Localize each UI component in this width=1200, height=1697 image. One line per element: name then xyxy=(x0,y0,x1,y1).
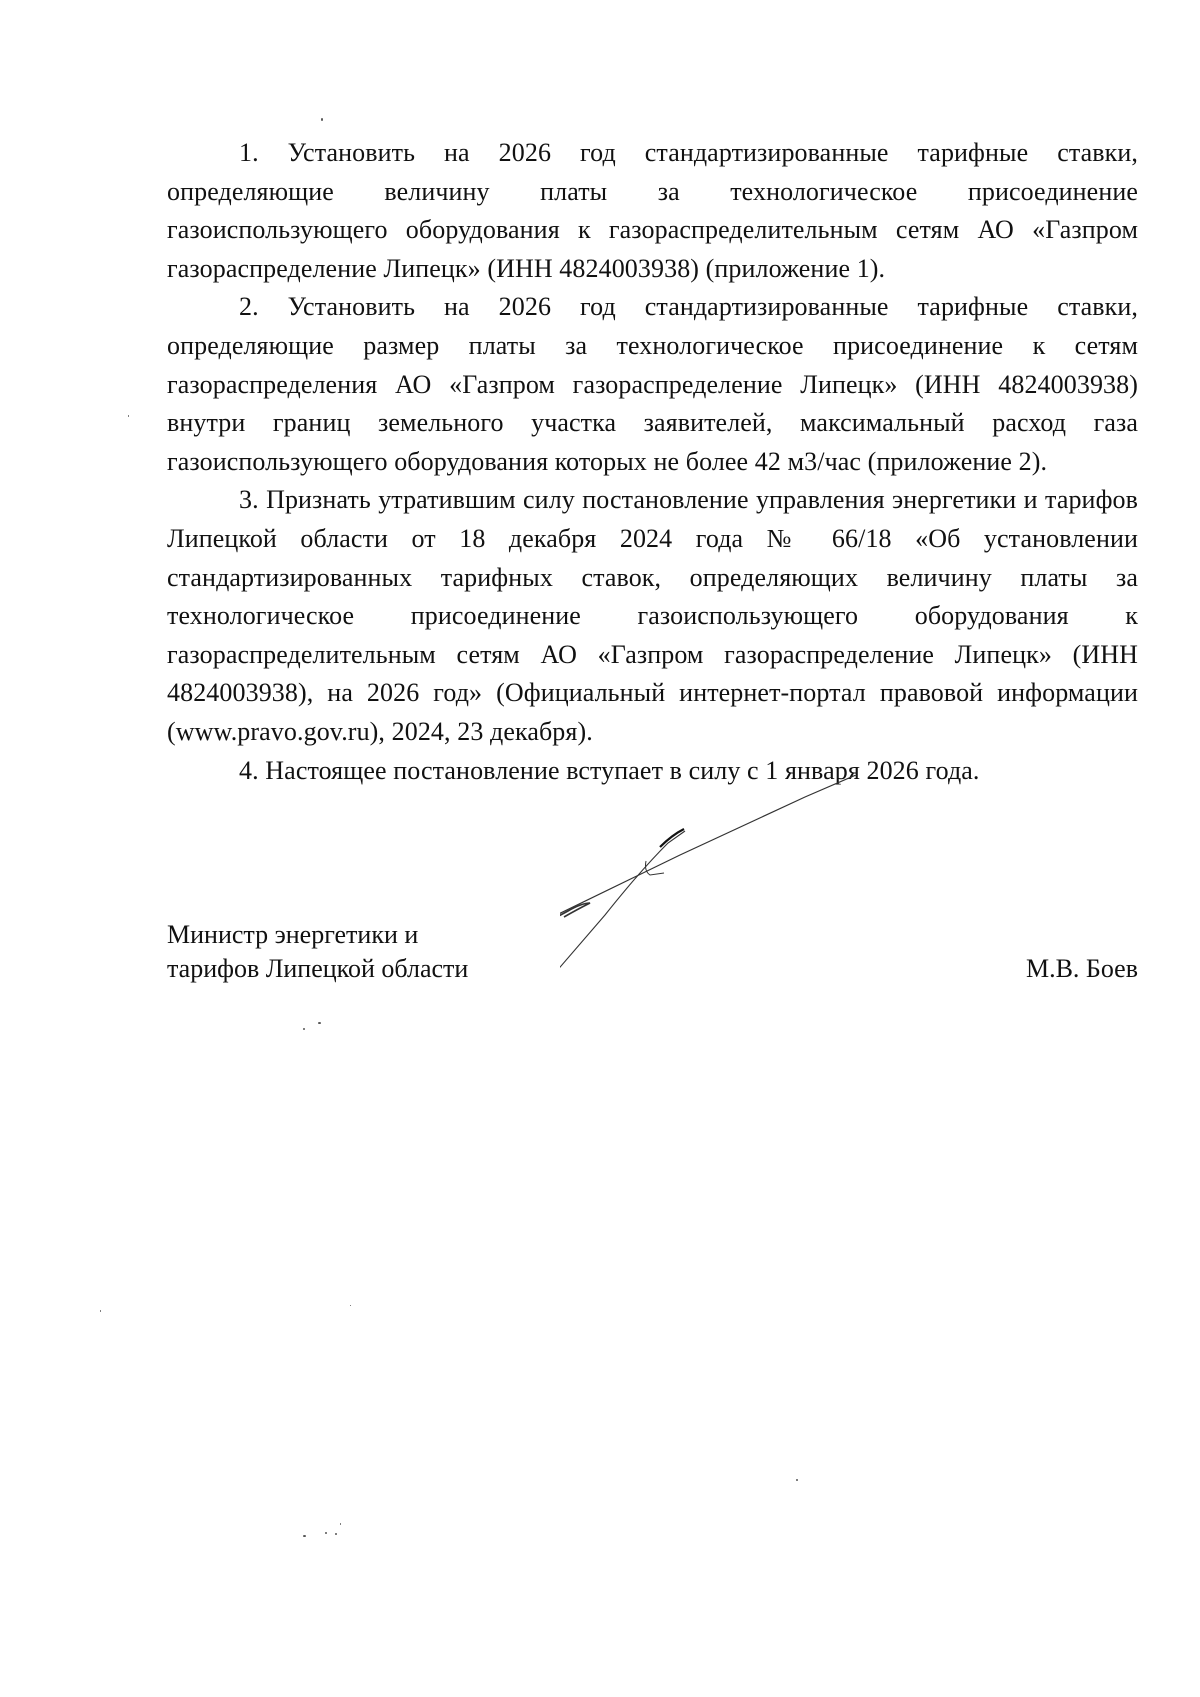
scan-artifact xyxy=(321,118,323,121)
scan-artifact xyxy=(340,1523,341,1525)
handwritten-signature-icon xyxy=(560,775,1060,1055)
scan-artifact xyxy=(128,415,129,417)
scan-artifact xyxy=(100,1310,101,1312)
document-body: 1. Установить на 2026 год стандартизиров… xyxy=(167,134,1138,790)
paragraph-4: 4. Настоящее постановление вступает в си… xyxy=(167,752,1138,791)
scan-artifact xyxy=(350,1305,351,1306)
signatory-title: Министр энергетики и тарифов Липецкой об… xyxy=(167,918,587,986)
paragraph-3: 3. Признать утратившим силу постановлени… xyxy=(167,481,1138,751)
scan-artifact xyxy=(335,1533,337,1535)
paragraph-2: 2. Установить на 2026 год стандартизиров… xyxy=(167,288,1138,481)
scan-artifact xyxy=(325,1532,327,1534)
paragraph-1: 1. Установить на 2026 год стандартизиров… xyxy=(167,134,1138,288)
signatory-title-line-2: тарифов Липецкой области xyxy=(167,952,587,986)
document-page: 1. Установить на 2026 год стандартизиров… xyxy=(0,0,1200,1697)
scan-artifact xyxy=(303,1028,305,1030)
signatory-name: М.В. Боев xyxy=(1026,952,1138,986)
scan-artifact xyxy=(796,1479,798,1481)
scan-artifact xyxy=(303,1535,306,1537)
scan-artifact xyxy=(318,1022,321,1024)
signatory-title-line-1: Министр энергетики и xyxy=(167,918,587,952)
